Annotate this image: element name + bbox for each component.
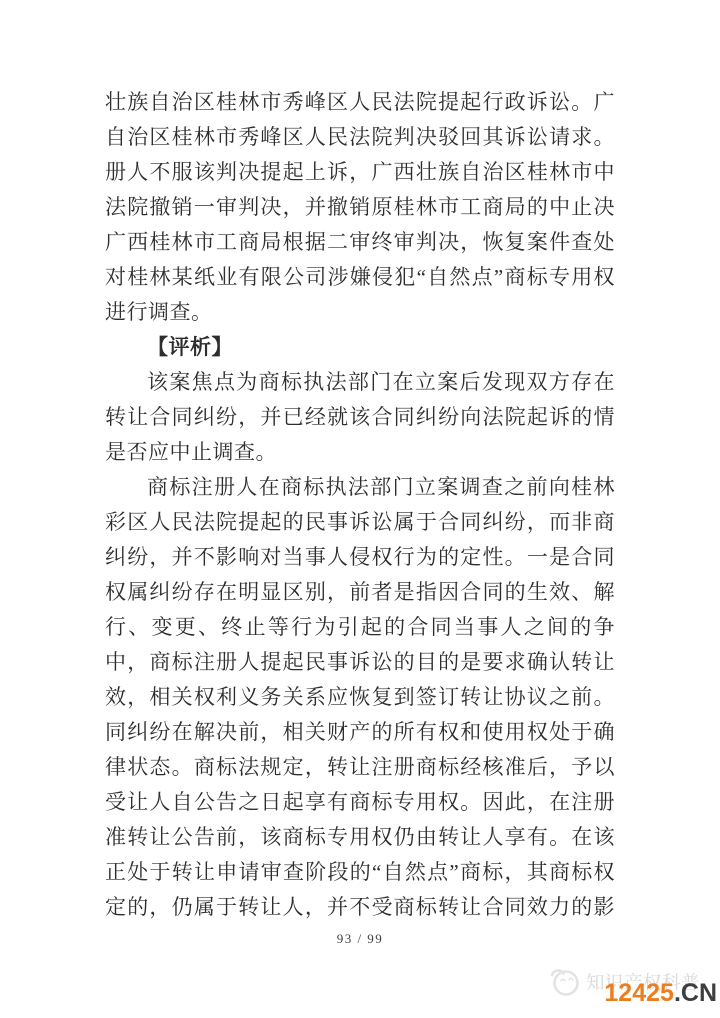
- text-line: 自治区桂林市秀峰区人民法院判决驳回其诉讼请求。商标注: [105, 120, 615, 155]
- watermark: 知识产权科普 12425.CN: [539, 964, 717, 1012]
- text-line: 转让合同纠纷，并已经就该合同纠纷向法院起诉的情况下，: [105, 400, 615, 435]
- watermark-site-tld: .CN: [674, 979, 717, 1007]
- text-line: 定的，仍属于转让人，并不受商标转让合同效力的影响。在: [105, 890, 615, 925]
- document-page: 壮族自治区桂林市秀峰区人民法院提起行政诉讼。广西壮族 自治区桂林市秀峰区人民法院…: [0, 0, 720, 1018]
- text-line: 律状态。商标法规定，转让注册商标经核准后，予以公告；: [105, 750, 615, 785]
- text-line: 彩区人民法院提起的民事诉讼属于合同纠纷，而非商标权属: [105, 505, 615, 540]
- text-line: 同纠纷在解决前，相关财产的所有权和使用权处于确定的法: [105, 715, 615, 750]
- text-line: 册人不服该判决提起上诉，广西壮族自治区桂林市中级人民: [105, 155, 615, 190]
- watermark-site-number: 12425: [604, 979, 674, 1007]
- text-line: 纠纷，并不影响对当事人侵权行为的定性。一是合同纠纷与: [105, 540, 615, 575]
- bird-circle-icon: [548, 966, 581, 997]
- text-line: 准转让公告前，该商标专用权仍由转让人享有。在该案中，: [105, 820, 615, 855]
- section-heading: 【评析】: [105, 330, 615, 365]
- text-line: 商标注册人在商标执法部门立案调查之前向桂林市叠: [105, 470, 615, 505]
- page-number: 93 / 99: [0, 931, 720, 947]
- text-line: 行、变更、终止等行为引起的合同当事人之间的争议。该案: [105, 610, 615, 645]
- text-line: 该案焦点为商标执法部门在立案后发现双方存在商标: [105, 365, 615, 400]
- body-text: 壮族自治区桂林市秀峰区人民法院提起行政诉讼。广西壮族 自治区桂林市秀峰区人民法院…: [105, 85, 615, 925]
- watermark-site-text: 12425.CN: [604, 981, 717, 1006]
- text-line: 广西桂林市工商局根据二审终审判决，恢复案件查处程序，: [105, 225, 615, 260]
- text-line: 壮族自治区桂林市秀峰区人民法院提起行政诉讼。广西壮族: [105, 85, 615, 120]
- text-line: 对桂林某纸业有限公司涉嫌侵犯“自然点”商标专用权的行为: [105, 260, 615, 295]
- text-line: 权属纠纷存在明显区别，前者是指因合同的生效、解释、履: [105, 575, 615, 610]
- text-line: 是否应中止调查。: [105, 435, 615, 470]
- text-line: 效，相关权利义务关系应恢复到签订转让协议之前。二是合: [105, 680, 615, 715]
- text-line: 法院撤销一审判决，并撤销原桂林市工商局的中止决定。原: [105, 190, 615, 225]
- text-line: 受让人自公告之日起享有商标专用权。因此，在注册商标核: [105, 785, 615, 820]
- text-line: 正处于转让申请审查阶段的“自然点”商标，其商标权属是确: [105, 855, 615, 890]
- text-line: 中，商标注册人提起民事诉讼的目的是要求确认转让协议无: [105, 645, 615, 680]
- text-line: 进行调查。: [105, 295, 615, 330]
